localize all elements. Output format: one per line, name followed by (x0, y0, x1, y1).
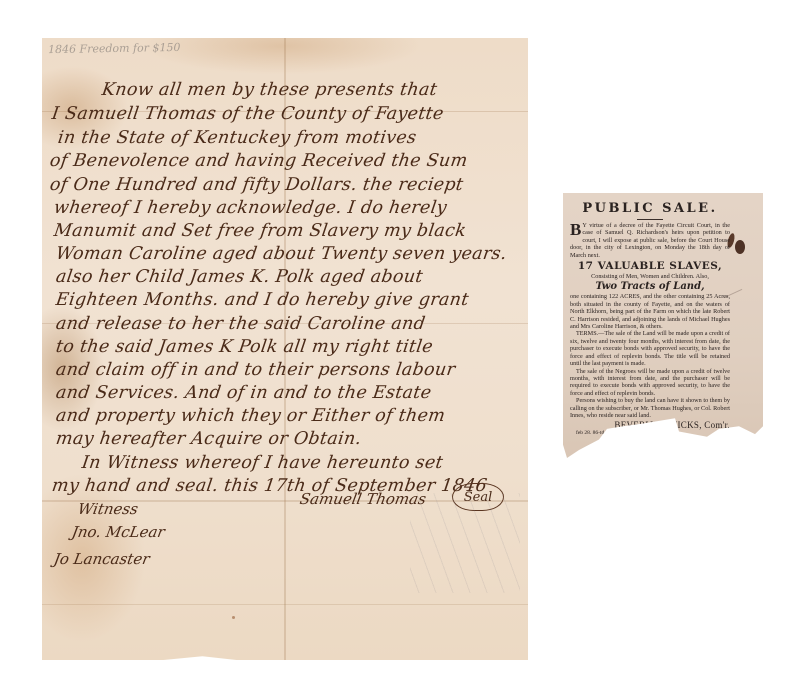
handwritten-line: Manumit and Set free from Slavery my bla… (53, 221, 542, 241)
handwritten-line: Eighteen Months. and I do hereby give gr… (55, 290, 544, 310)
negroes-paragraph: The sale of the Negroes will be made upo… (570, 368, 730, 398)
handwritten-line: whereof I hereby acknowledge. I do herel… (53, 198, 542, 218)
pencil-tally-marks (410, 493, 520, 593)
terms-paragraph: TERMS.—The sale of the Land will be made… (570, 330, 730, 367)
handwritten-line: I Samuell Thomas of the County of Fayett… (51, 104, 540, 124)
handwritten-line: Woman Caroline aged about Twenty seven y… (55, 244, 544, 264)
handwritten-line: may hereafter Acquire or Obtain. (55, 429, 544, 449)
witness-signature: Jo Lancaster (52, 550, 151, 568)
handwritten-line: and claim off in and to their persons la… (55, 360, 544, 380)
headline-land: Two Tracts of Land, (570, 281, 730, 292)
clipping-title: PUBLIC SALE. (570, 201, 730, 216)
handwritten-line: Know all men by these presents that (101, 80, 590, 100)
handwritten-line: In Witness whereof I have hereunto set (81, 453, 570, 473)
signature: Samuell Thomas (298, 490, 427, 508)
handwritten-line: and property which they or Either of the… (55, 406, 544, 426)
witness-label: Witness (76, 500, 139, 518)
clipping-intro: BY virtue of a decree of the Fayette Cir… (570, 222, 730, 259)
handwritten-line: also her Child James K. Polk aged about (55, 267, 544, 287)
persons-paragraph: Persons wishing to buy the land can have… (570, 397, 730, 419)
fold-line (42, 604, 528, 605)
subline: Consisting of Men, Women and Children. A… (570, 273, 730, 280)
intro-text: Y virtue of a decree of the Fayette Circ… (570, 222, 730, 259)
handwritten-line: in the State of Kentuckey from motives (57, 128, 546, 148)
headline-slaves: 17 VALUABLE SLAVES, (570, 260, 730, 272)
ink-blot (735, 240, 745, 254)
newspaper-clipping: PUBLIC SALE. BY virtue of a decree of th… (563, 193, 763, 458)
drop-cap: B (570, 223, 581, 237)
witness-signature: Jno. McLear (70, 523, 166, 541)
land-paragraph: one containing 122 ACRES, and the other … (570, 293, 730, 330)
handwritten-line: to the said James K Polk all my right ti… (55, 337, 544, 357)
pencil-annotation: 1846 Freedom for $150 (48, 41, 181, 56)
handwritten-line: of Benevolence and having Received the S… (49, 151, 538, 171)
manuscript-document: 1846 Freedom for $150 Know all men by th… (42, 38, 528, 660)
foxing-spot (232, 616, 235, 619)
signer: BEVERLY A. HICKS, Com'r. (570, 420, 730, 430)
handwritten-line: of One Hundred and fifty Dollars. the re… (49, 175, 538, 195)
date-line: feb 28. 86-td (576, 430, 730, 436)
handwritten-line: and release to her the said Caroline and (55, 314, 544, 334)
divider (637, 219, 663, 220)
handwritten-line: and Services. And of in and to the Estat… (55, 383, 544, 403)
